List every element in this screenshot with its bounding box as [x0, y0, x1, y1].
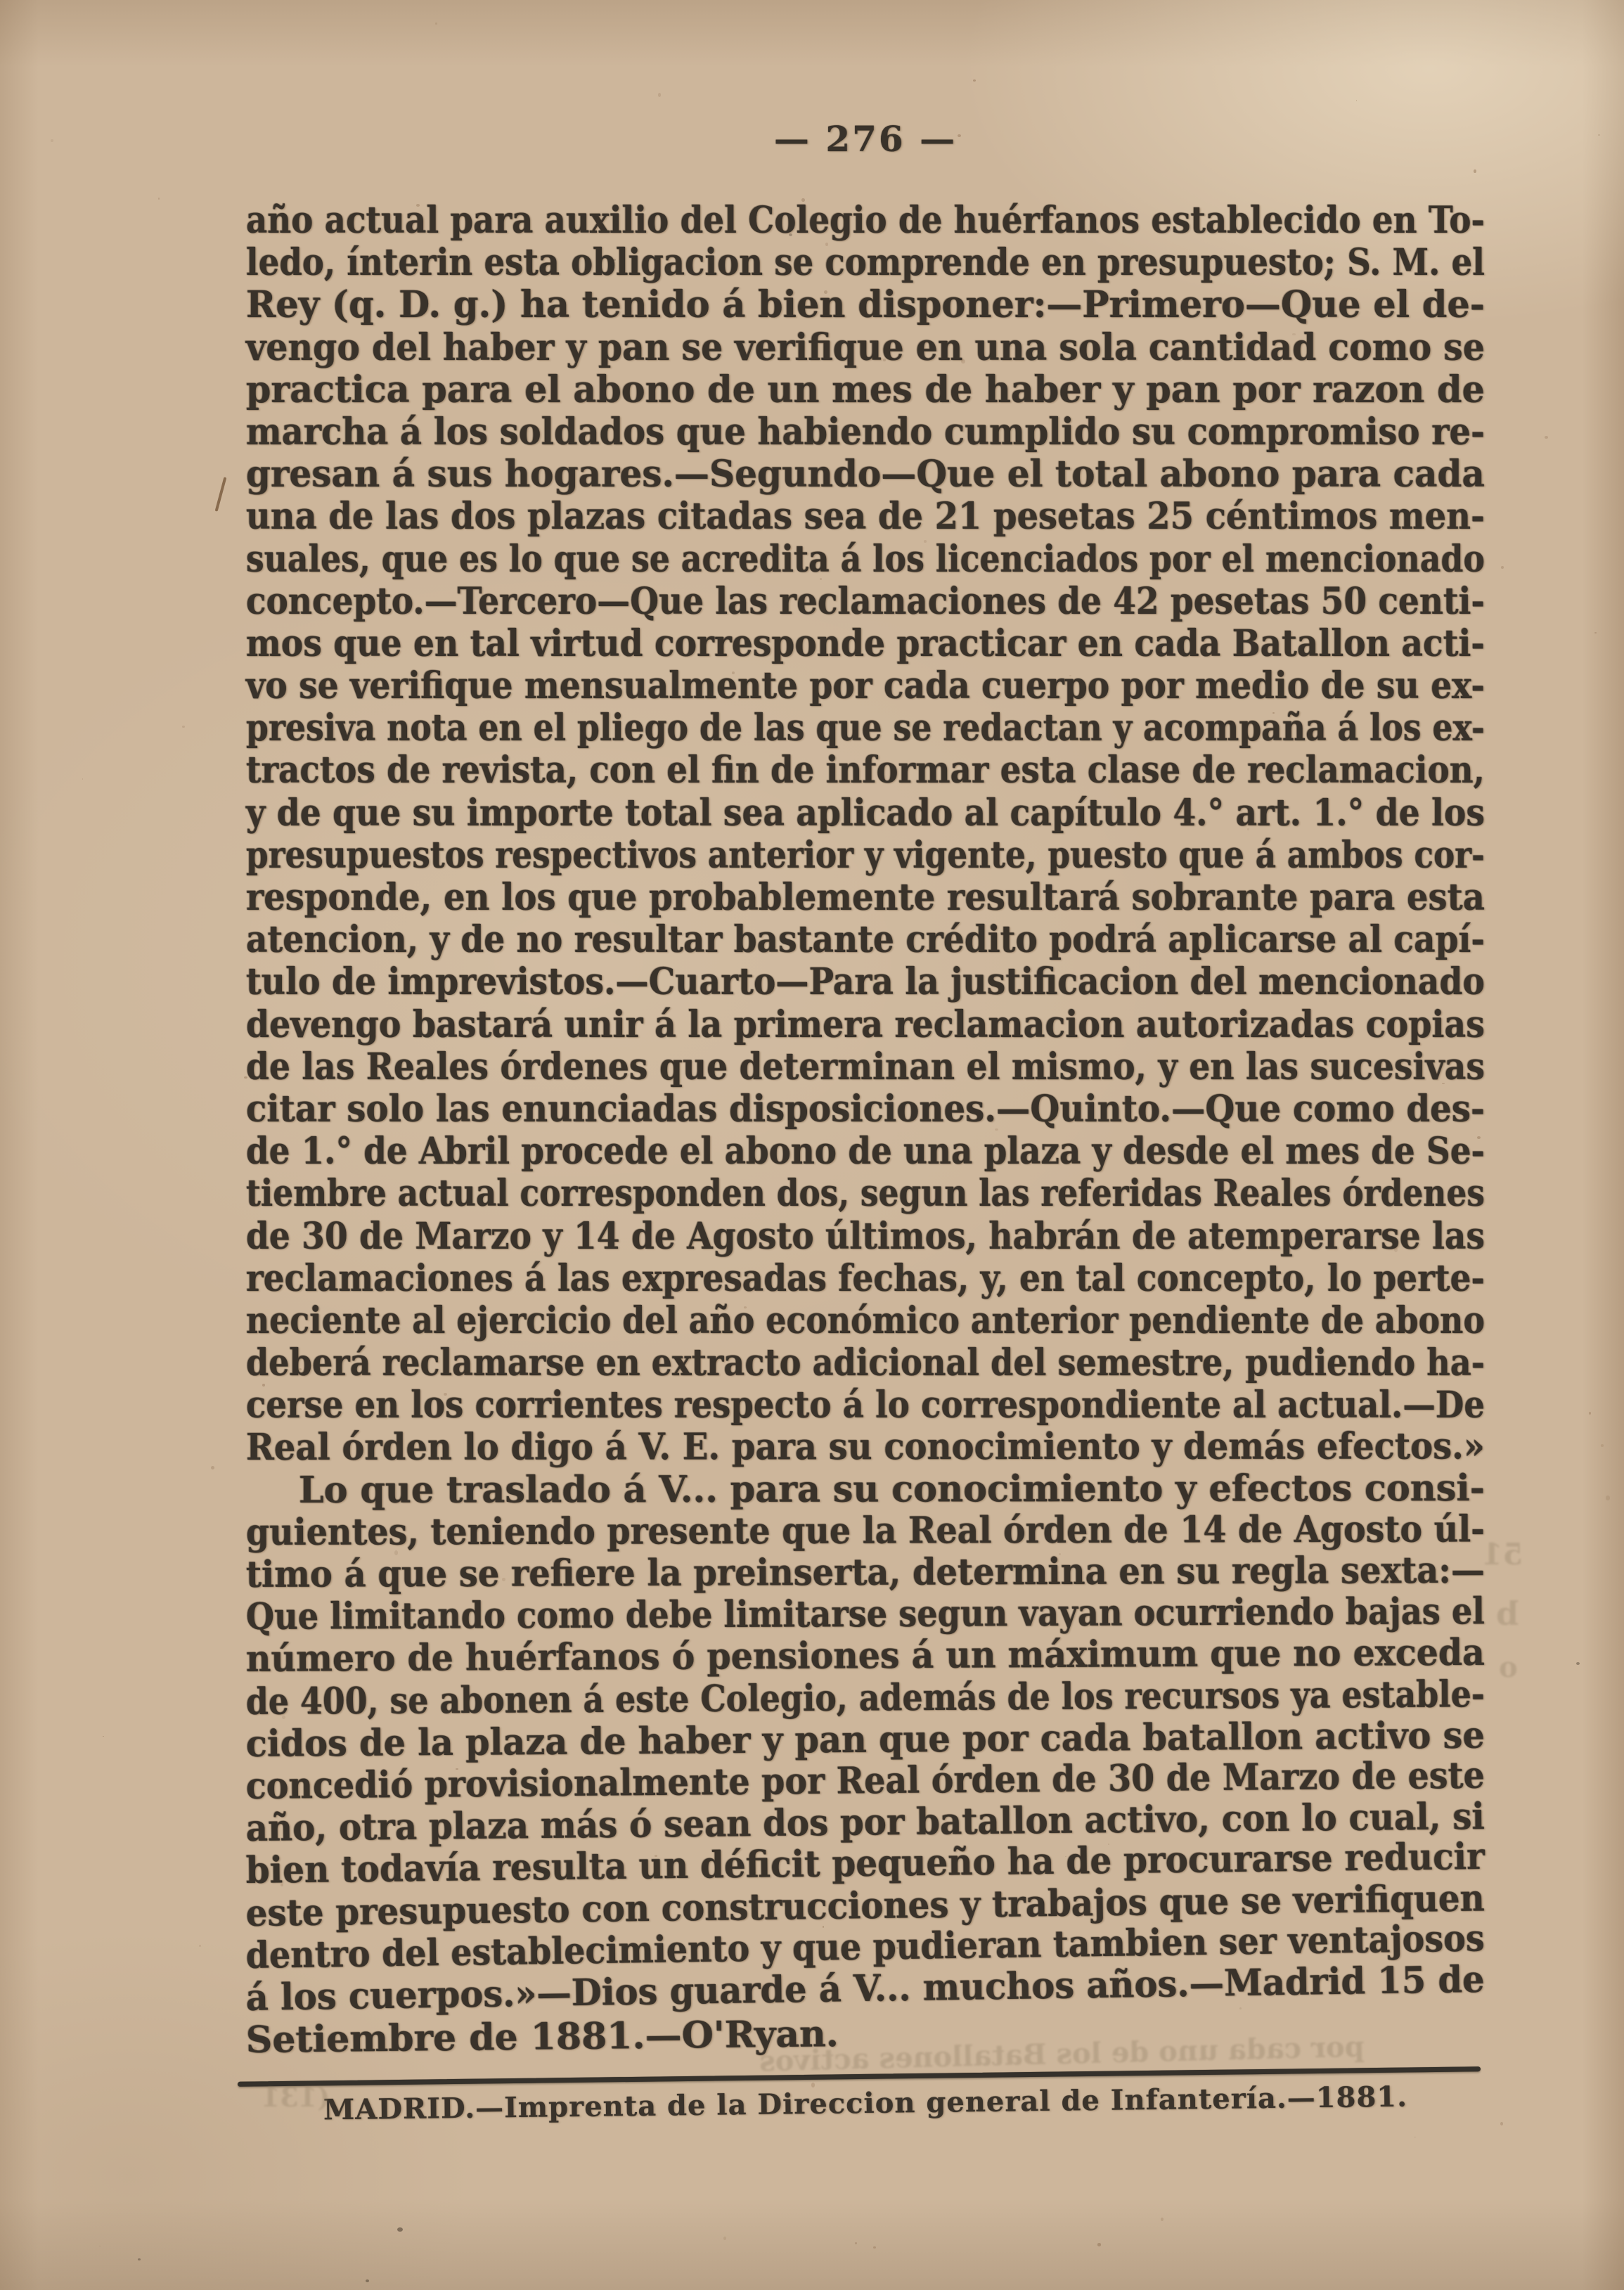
paper-speck [1356, 100, 1358, 101]
imprint-line: MADRID.—Imprenta de la Direccion general… [246, 2078, 1486, 2130]
text-line: marcha á los soldados que habiendo cumpl… [246, 411, 1485, 454]
text-line-content: gresan á sus hogares.—Segundo—Que el tot… [246, 454, 1485, 496]
text-line-content: año actual para auxilio del Colegio de h… [246, 200, 1485, 242]
text-line: una de las dos plazas citadas sea de 21 … [246, 496, 1485, 538]
bleedthrough-text: 51 [1482, 1537, 1523, 1571]
paper-speck [1059, 1553, 1060, 1555]
text-line-content: mos que en tal virtud corresponde practi… [246, 623, 1485, 665]
text-line: reclamaciones á las expresadas fechas, y… [246, 1258, 1485, 1300]
text-line-content: devengo bastará unir á la primera reclam… [246, 1004, 1485, 1046]
paper-speck [823, 1926, 824, 1927]
text-line: suales, que es lo que se acredita á los … [246, 539, 1485, 581]
text-line: citar solo las enunciadas disposiciones.… [246, 1088, 1485, 1131]
text-line-content: tractos de revista, con el fin de inform… [246, 750, 1485, 792]
text-line-content: reclamaciones á las expresadas fechas, y… [246, 1258, 1485, 1300]
paper-speck [211, 1466, 214, 1469]
paper-speck [1239, 2007, 1242, 2009]
text-line-content: de las Reales órdenes que determinan el … [246, 1046, 1485, 1088]
text-line-content: Rey (q. D. g.) ha tenido á bien disponer… [246, 284, 1485, 326]
paper-speck [973, 79, 976, 82]
paper-speck [1097, 2243, 1101, 2246]
text-line-content: cerse en los corrientes respecto á lo co… [246, 1384, 1485, 1427]
paper-speck [1161, 2218, 1164, 2221]
paper-speck [1247, 828, 1249, 830]
text-line: concepto.—Tercero—Que las reclamaciones … [246, 581, 1485, 623]
text-line: practica para el abono de un mes de habe… [246, 369, 1485, 411]
paper-speck [958, 134, 961, 137]
text-line-content: presiva nota en el pliego de las que se … [246, 707, 1485, 750]
page-number: — 276 — [246, 118, 1485, 160]
paper-speck [896, 1947, 898, 1949]
text-line-content: vengo del haber y pan se verifique en un… [246, 327, 1485, 369]
paper-speck [435, 22, 438, 24]
text-line: año actual para auxilio del Colegio de h… [246, 200, 1485, 242]
paper-speck [1065, 1856, 1066, 1857]
text-line: neciente al ejercicio del año económico … [246, 1300, 1485, 1342]
text-line-content: vo se verifique mensualmente por cada cu… [246, 665, 1485, 707]
paper-speck [1501, 566, 1504, 569]
paper-speck [1545, 436, 1548, 439]
paper-speck [855, 2242, 857, 2244]
paper-speck [1589, 1412, 1592, 1415]
text-line: Real órden lo digo á V. E. para su conoc… [246, 1427, 1485, 1469]
text-line-content: neciente al ejercicio del año económico … [246, 1300, 1485, 1342]
text-line: deberá reclamarse en extracto adicional … [246, 1342, 1485, 1384]
text-line: timo á que se refiere la preinserta, det… [246, 1554, 1485, 1596]
text-line: presupuestos respectivos anterior y vige… [246, 835, 1485, 877]
text-line: tulo de imprevistos.—Cuarto—Para la just… [246, 961, 1485, 1003]
paper-speck [732, 671, 735, 674]
text-line-content: citar solo las enunciadas disposiciones.… [246, 1088, 1485, 1131]
paper-speck [1477, 1136, 1481, 1139]
text-line-content: Real órden lo digo á V. E. para su conoc… [246, 1426, 1485, 1469]
paper-speck [655, 1855, 657, 1856]
text-line: vo se verifique mensualmente por cada cu… [246, 665, 1485, 707]
paper-speck [1601, 1444, 1604, 1446]
paper-speck [262, 1384, 265, 1387]
text-line: á los cuerpos.»—Dios guarde á V... mucho… [246, 1977, 1485, 2019]
text-line-content: responde, en los que probablemente resul… [246, 877, 1485, 919]
paper-speck [99, 2246, 101, 2247]
text-line: devengo bastará unir á la primera reclam… [246, 1004, 1485, 1046]
text-line-content: atencion, y de no resultar bastante créd… [246, 919, 1485, 961]
text-line: gresan á sus hogares.—Segundo—Que el tot… [246, 454, 1485, 496]
paper-speck [1500, 2122, 1503, 2125]
text-line: atencion, y de no resultar bastante créd… [246, 919, 1485, 961]
paper-speck [138, 2258, 141, 2260]
paper-speck [1474, 169, 1476, 173]
text-line-content: una de las dos plazas citadas sea de 21 … [246, 496, 1485, 538]
scanned-book-page: { "page": { "header": { "page_number": "… [0, 0, 1624, 2290]
text-line-content: deberá reclamarse en extracto adicional … [246, 1342, 1485, 1384]
text-line-content: marcha á los soldados que habiendo cumpl… [246, 411, 1485, 454]
paper-speck [1594, 632, 1597, 633]
text-line: Rey (q. D. g.) ha tenido á bien disponer… [246, 284, 1485, 326]
text-line-content: de 30 de Marzo y 14 de Agosto últimos, h… [246, 1216, 1485, 1258]
text-line: mos que en tal virtud corresponde practi… [246, 623, 1485, 665]
text-line: presiva nota en el pliego de las que se … [246, 707, 1485, 750]
paper-speck [254, 2047, 257, 2051]
paper-speck [397, 2227, 403, 2232]
text-line-content: tiembre actual corresponden dos, segun l… [246, 1173, 1485, 1215]
text-line: y de que su importe total sea aplicado a… [246, 792, 1485, 835]
text-line: responde, en los que probablemente resul… [246, 877, 1485, 919]
paper-speck [199, 1945, 201, 1947]
paper-speck [924, 540, 927, 543]
paper-speck [1576, 1662, 1580, 1665]
paper-speck [103, 1736, 104, 1737]
text-line: tractos de revista, con el fin de inform… [246, 750, 1485, 792]
text-line: de las Reales órdenes que determinan el … [246, 1046, 1485, 1088]
paper-speck [244, 1076, 247, 1079]
paper-speck [1606, 1495, 1609, 1500]
paper-speck [1272, 712, 1275, 714]
paper-speck [1108, 1844, 1109, 1844]
paper-speck [789, 233, 792, 236]
text-line-content: tulo de imprevistos.—Cuarto—Para la just… [246, 961, 1485, 1003]
text-line: Lo que traslado á V... para su conocimie… [246, 1469, 1485, 1512]
paper-speck [326, 275, 327, 276]
text-line-content: de 1.° de Abril procede el abono de una … [246, 1131, 1485, 1173]
paper-speck [801, 198, 805, 202]
paper-speck [723, 2237, 726, 2240]
text-line-content: guientes, teniendo presente que la Real … [246, 1508, 1485, 1554]
paper-speck [744, 1306, 747, 1308]
text-line: de 1.° de Abril procede el abono de una … [246, 1131, 1485, 1173]
text-line-content: concepto.—Tercero—Que las reclamaciones … [246, 581, 1485, 623]
text-line-content: timo á que se refiere la preinserta, det… [246, 1550, 1485, 1596]
text-line-content: presupuestos respectivos anterior y vige… [246, 835, 1485, 877]
text-line: vengo del haber y pan se verifique en un… [246, 327, 1485, 369]
text-line-content: Lo que traslado á V... para su conocimie… [299, 1467, 1485, 1512]
paper-speck [82, 778, 84, 780]
paper-speck [158, 198, 160, 200]
body-text-block: año actual para auxilio del Colegio de h… [246, 200, 1485, 2061]
text-line: guientes, teniendo presente que la Real … [246, 1512, 1485, 1554]
text-line: cerse en los corrientes respecto á lo co… [246, 1384, 1485, 1427]
text-line-content: Setiembre de 1881.—O'Ryan. [246, 2013, 839, 2061]
paper-speck [873, 2246, 876, 2249]
paper-speck [961, 359, 965, 364]
paper-speck [366, 2279, 369, 2282]
bleedthrough-text: b [1496, 1595, 1519, 1633]
paper-speck [1598, 134, 1599, 136]
text-line-content: practica para el abono de un mes de habe… [246, 369, 1485, 411]
text-line-content: ledo, ínterin esta obligacion se compren… [246, 242, 1485, 284]
paper-speck [281, 1884, 283, 1886]
paper-speck [182, 726, 185, 728]
bleedthrough-text: o [1499, 1651, 1518, 1684]
paper-speck [1390, 1861, 1393, 1865]
paper-speck [658, 93, 661, 96]
paper-speck [825, 243, 828, 246]
text-line-content: suales, que es lo que se acredita á los … [246, 539, 1485, 581]
text-line: ledo, ínterin esta obligacion se compren… [246, 242, 1485, 284]
paper-speck [521, 1063, 522, 1064]
bleedthrough-text: (131 [262, 2081, 330, 2113]
margin-pen-mark [215, 477, 227, 511]
paper-speck [51, 139, 53, 142]
text-line-content: y de que su importe total sea aplicado a… [246, 792, 1485, 835]
paper-speck [1095, 527, 1097, 529]
paper-speck [502, 1578, 505, 1581]
paper-speck [1414, 2137, 1416, 2138]
text-line: de 30 de Marzo y 14 de Agosto últimos, h… [246, 1216, 1485, 1258]
text-line: tiembre actual corresponden dos, segun l… [246, 1173, 1485, 1215]
